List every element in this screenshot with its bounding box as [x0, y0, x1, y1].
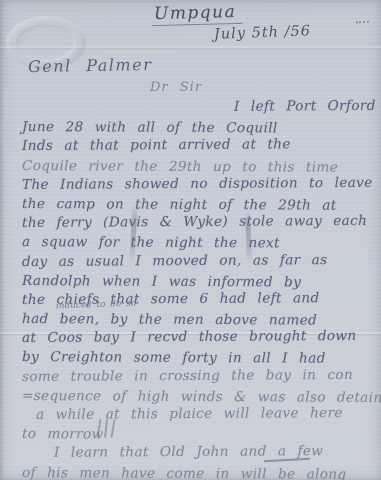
place-line: Umpqua: [152, 2, 243, 26]
body-line: I learn that Old John and a few: [22, 442, 381, 463]
body-line: The Indians showed no disposition to lea…: [22, 174, 381, 195]
letter-body: I left Port Orford June 28 with all of t…: [22, 99, 381, 480]
body-line: some trouble in crossing the bay in con: [22, 365, 381, 386]
scanned-letter: Umpqua July 5th /56 Genl Palmer Dr Sir I…: [0, 0, 381, 480]
body-line: of his men have come in will be along: [22, 464, 381, 480]
corner-pen-mark: [356, 21, 369, 24]
pen-strokes-mark: [96, 419, 120, 439]
body-line: I left Port Orford: [22, 97, 381, 118]
body-line: a while at this plaice will leave here: [22, 404, 381, 425]
recipient-line: Genl Palmer: [28, 55, 153, 76]
body-line: Inds at that point arrived at the: [22, 135, 381, 156]
body-line: at Coos bay I recvd those brought down: [22, 327, 381, 348]
salutation-line: Dr Sir: [150, 80, 202, 95]
date-line: July 5th /56: [214, 23, 311, 42]
body-line: the ferry (Davis & Wyke) stole away each: [22, 212, 381, 233]
pen-stroke: [110, 419, 115, 438]
letter-page: Umpqua July 5th /56 Genl Palmer Dr Sir I…: [0, 0, 381, 480]
body-line: day as usual I mooved on, as far as: [22, 250, 381, 271]
pen-stroke: [104, 419, 108, 438]
pen-stroke: [97, 419, 102, 438]
